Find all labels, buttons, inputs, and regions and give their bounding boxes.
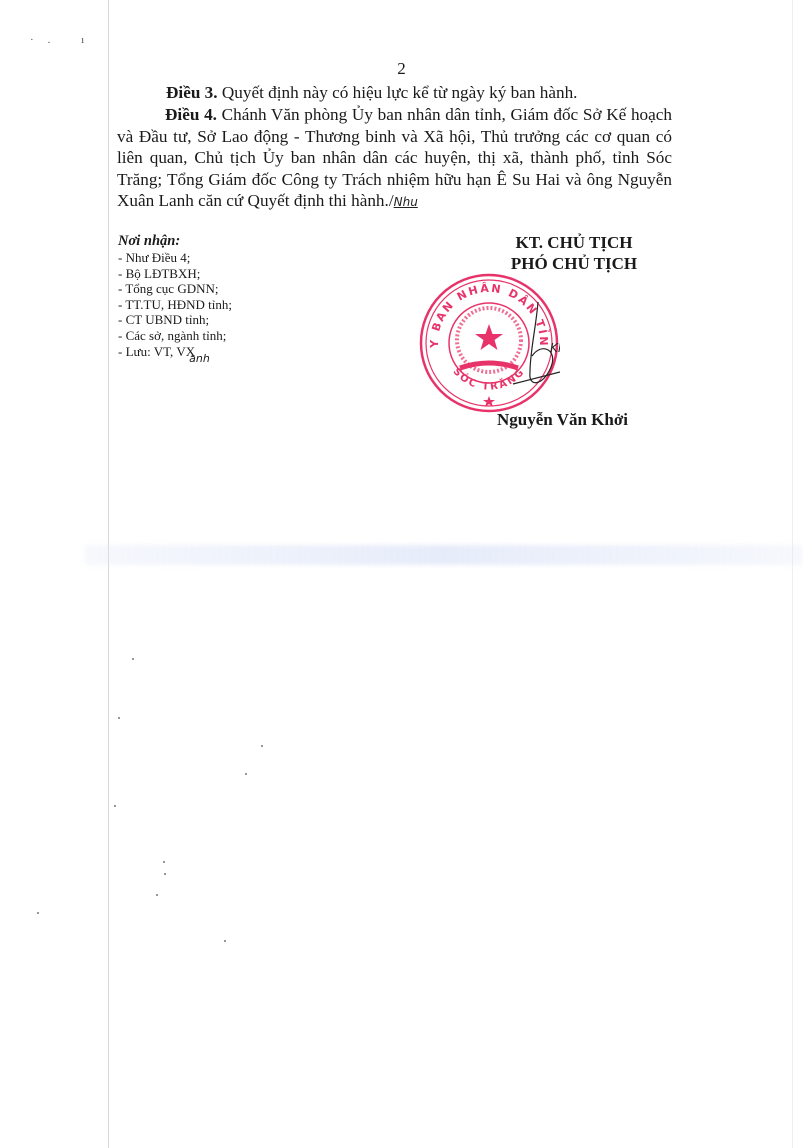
recipient-item: - Lưu: VT, VXanh [118, 344, 232, 361]
signature-title: KT. CHỦ TỊCH PHÓ CHỦ TỊCH [490, 232, 658, 274]
article-3-label: Điều 3. [166, 83, 218, 102]
recipient-item: - TT.TU, HĐND tỉnh; [118, 297, 232, 313]
scan-edge-line [792, 0, 793, 1148]
page-number: 2 [0, 59, 803, 79]
signature-title-line2: PHÓ CHỦ TỊCH [490, 253, 658, 274]
official-stamp-icon: ỦY BAN NHÂN DÂN TỈNH SÓC TRĂNG Khởi [418, 272, 560, 414]
recipient-item: - Tổng cục GDNN; [118, 281, 232, 297]
recipients-block: Nơi nhận: - Như Điều 4; - Bộ LĐTBXH; - T… [118, 233, 232, 360]
handwritten-note: anh [189, 352, 210, 365]
scan-dust [163, 861, 165, 863]
recipient-item: - Các sở, ngành tỉnh; [118, 328, 232, 344]
signature-title-line1: KT. CHỦ TỊCH [490, 232, 658, 253]
scan-dust [224, 940, 226, 942]
recipient-item: - Bộ LĐTBXH; [118, 266, 232, 282]
scan-margin-line [108, 0, 109, 1148]
handwritten-signature: Khởi [550, 341, 560, 355]
scan-dust [156, 894, 158, 896]
recipient-item: - CT UBND tỉnh; [118, 312, 232, 328]
recipient-item: - Như Điều 4; [118, 250, 232, 266]
svg-text:SÓC TRĂNG: SÓC TRĂNG [451, 366, 528, 393]
scan-dust [132, 658, 134, 660]
signer-name: Nguyễn Văn Khởi [497, 410, 628, 430]
article-4: Điều 4. Chánh Văn phòng Ủy ban nhân dân … [117, 104, 672, 214]
scan-dust [261, 745, 263, 747]
article-4-label: Điều 4. [165, 105, 217, 124]
scan-specks: ·. ı [30, 34, 98, 46]
scan-dust [37, 912, 39, 914]
scan-dust [245, 773, 247, 775]
article-3: Điều 3. Quyết định này có hiệu lực kể từ… [166, 82, 686, 104]
scan-dust [164, 873, 166, 875]
recipients-title: Nơi nhận: [118, 233, 232, 250]
scan-artifact-band [85, 545, 803, 565]
article-3-text: Quyết định này có hiệu lực kể từ ngày ký… [218, 83, 578, 102]
handwritten-initials: Nhu [394, 195, 418, 209]
scan-dust [118, 717, 120, 719]
scan-dust [114, 805, 116, 807]
